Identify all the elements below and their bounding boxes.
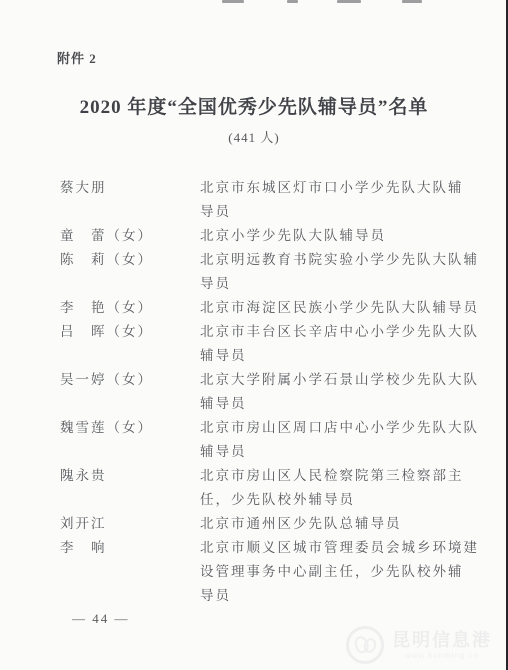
list-item: 刘开江 北京市通州区少先队总辅导员 [60,512,484,536]
scan-artifact [287,0,298,3]
counselor-position: 北京大学附属小学石景山学校少先队大队 辅导员 [200,368,484,416]
scan-artifact [222,0,244,3]
list-item: 李 艳（女） 北京市海淀区民族小学少先队大队辅导员 [60,296,484,320]
counselor-name: 吕 晖（女） [60,320,200,344]
counselor-name: 吴一婷（女） [60,368,200,392]
kunming-logo-icon [346,626,384,664]
list-item: 吴一婷（女） 北京大学附属小学石景山学校少先队大队 辅导员 [60,368,484,416]
list-item: 陈 莉（女） 北京明远教育书院实验小学少先队大队辅 导员 [60,248,484,296]
counselor-name: 蔡大朋 [60,176,200,200]
counselor-position: 北京市东城区灯市口小学少先队大队辅 导员 [200,176,484,224]
list-item: 魏雪莲（女） 北京市房山区周口店中心小学少先队大队 辅导员 [60,416,484,464]
counselor-position: 北京市丰台区长辛店中心小学少先队大队 辅导员 [200,320,484,368]
counselor-name: 刘开江 [60,512,200,536]
list-item: 吕 晖（女） 北京市丰台区长辛店中心小学少先队大队 辅导员 [60,320,484,368]
scanned-document-page: 附件 2 2020 年度“全国优秀少先队辅导员”名单 (441 人) 蔡大朋 北… [0,0,508,670]
list-item: 李 响 北京市顺义区城市管理委员会城乡环境建 设管理事务中心副主任，少先队校外辅… [60,536,484,608]
counselor-name: 李 响 [60,536,200,560]
watermark: 昆明信息港 www.kunming.cn [346,626,492,664]
watermark-text: 昆明信息港 www.kunming.cn [392,631,492,660]
counselor-name: 陈 莉（女） [60,248,200,272]
counselor-position: 北京市顺义区城市管理委员会城乡环境建 设管理事务中心副主任，少先队校外辅 导员 [200,536,484,608]
counselor-position: 北京市房山区人民检察院第三检察部主 任，少先队校外辅导员 [200,464,484,512]
counselor-position: 北京市通州区少先队总辅导员 [200,512,484,536]
watermark-site-url: www.kunming.cn [405,652,479,660]
document-title: 2020 年度“全国优秀少先队辅导员”名单 [0,92,508,119]
watermark-site-name: 昆明信息港 [392,631,492,649]
counselor-position: 北京市房山区周口店中心小学少先队大队 辅导员 [200,416,484,464]
counselor-position: 北京明远教育书院实验小学少先队大队辅 导员 [200,248,484,296]
scan-artifact [337,0,361,3]
counselor-list: 蔡大朋 北京市东城区灯市口小学少先队大队辅 导员 童 蕾（女） 北京小学少先队大… [60,176,484,608]
counselor-name: 魏雪莲（女） [60,416,200,440]
page-number: — 44 — [72,611,130,627]
list-item: 隗永贵 北京市房山区人民检察院第三检察部主 任，少先队校外辅导员 [60,464,484,512]
list-item: 蔡大朋 北京市东城区灯市口小学少先队大队辅 导员 [60,176,484,224]
counselor-position: 北京市海淀区民族小学少先队大队辅导员 [200,296,484,320]
counselor-position: 北京小学少先队大队辅导员 [200,224,484,248]
document-subtitle: (441 人) [0,127,508,146]
scan-artifact [402,0,422,3]
counselor-name: 李 艳（女） [60,296,200,320]
list-item: 童 蕾（女） 北京小学少先队大队辅导员 [60,224,484,248]
attachment-label: 附件 2 [57,48,97,67]
counselor-name: 隗永贵 [60,464,200,488]
counselor-name: 童 蕾（女） [60,224,200,248]
